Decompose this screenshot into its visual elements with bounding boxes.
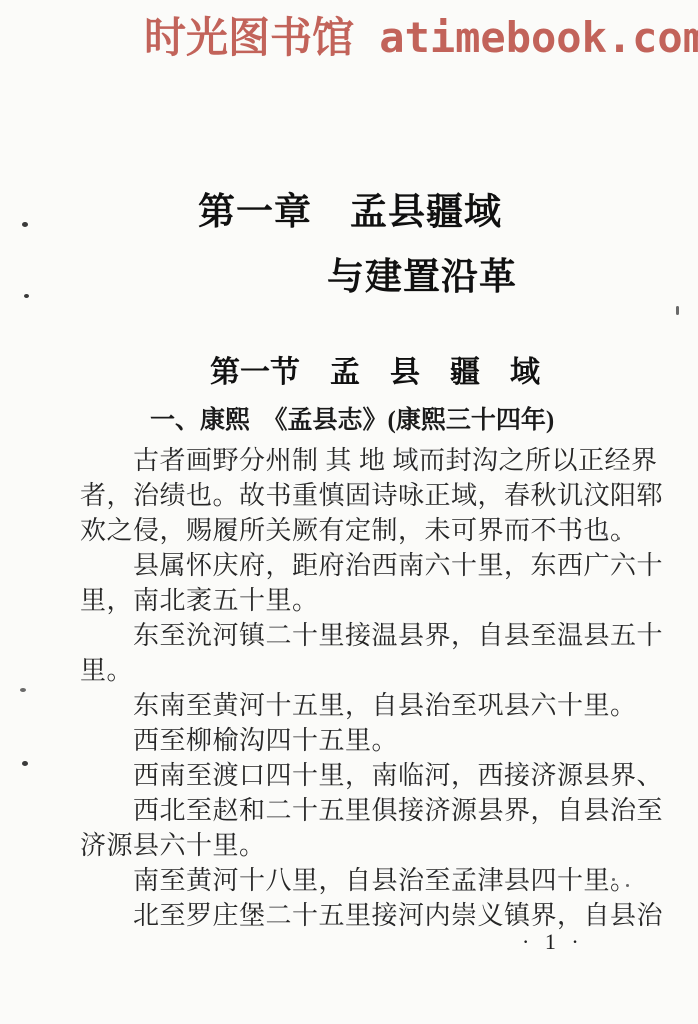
page-number: · 1 ·: [522, 929, 584, 955]
body-line: 里，南北袤五十里。: [80, 583, 655, 618]
scan-speck: [604, 533, 607, 536]
subsection-title: 一、康熙 《孟县志》(康熙三十四年): [150, 400, 554, 436]
chapter-title-line2: 与建置沿革: [327, 246, 517, 300]
body-line: 西至柳榆沟四十五里。: [80, 723, 655, 758]
scan-speck: [22, 222, 28, 227]
chapter-title-line1: 第一章 孟县疆域: [198, 181, 502, 235]
body-line: 县属怀庆府，距府治西南六十里，东西广六十: [80, 548, 655, 583]
body-line: 北至罗庄堡二十五里接河内崇义镇界，自县治: [80, 898, 655, 933]
scan-speck: [24, 294, 29, 298]
body-line: 古者画野分州制 其 地 域而封沟之所以正经界: [80, 443, 655, 478]
body-line: 里。: [80, 653, 655, 688]
body-line: 南至黄河十八里，自县治至孟津县四十里。: [80, 863, 655, 898]
body-line: 者，治绩也。故书重慎固诗咏正域，春秋讥汶阳郓: [80, 478, 655, 513]
body-line: 西南至渡口四十里，南临河，西接济源县界、: [80, 758, 655, 793]
body-line: 欢之侵，赐履所关厥有定制，未可界而不书也。: [80, 513, 655, 548]
scan-speck: [22, 761, 28, 766]
body-line: 西北至赵和二十五里俱接济源县界，自县治至: [80, 793, 655, 828]
scan-speck: [20, 688, 26, 692]
section-title: 第一节 孟 县 疆 域: [210, 347, 540, 391]
body-text: 古者画野分州制 其 地 域而封沟之所以正经界 者，治绩也。故书重慎固诗咏正域，春…: [80, 443, 655, 933]
scan-speck: [617, 537, 620, 540]
watermark-text: 时光图书馆 atimebook.com: [144, 5, 698, 65]
body-line: 济源县六十里。: [80, 828, 655, 863]
scan-speck: [612, 878, 615, 881]
scan-speck: [676, 306, 679, 315]
body-line: 东南至黄河十五里，自县治至巩县六十里。: [80, 688, 655, 723]
book-page: 时光图书馆 atimebook.com 第一章 孟县疆域 与建置沿革 第一节 孟…: [0, 0, 698, 1024]
body-line: 东至沇河镇二十里接温县界，自县至温县五十: [80, 618, 655, 653]
scan-speck: [626, 884, 629, 887]
